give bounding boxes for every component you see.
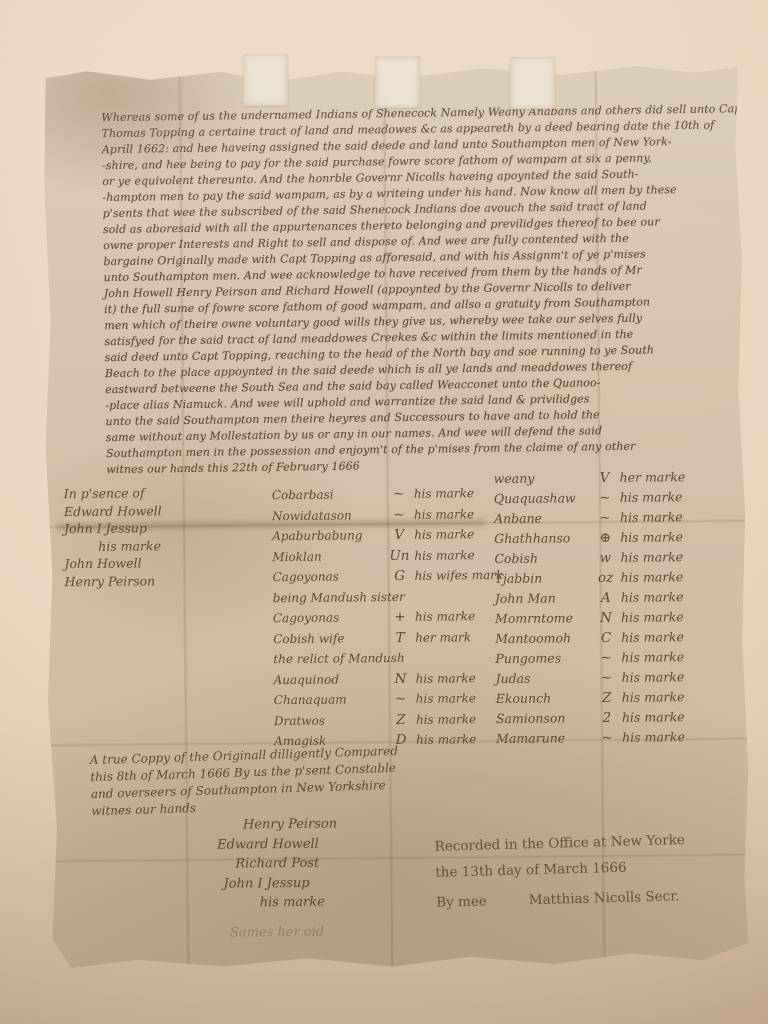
mark-row: Tjabbinozhis marke xyxy=(495,567,687,589)
tape-strip-center xyxy=(375,56,420,108)
signer-name: Tjabbin xyxy=(495,568,591,589)
mark-suffix: his marke xyxy=(620,567,683,588)
signature-mark-icon: N xyxy=(385,668,415,689)
mark-suffix: his marke xyxy=(620,527,683,548)
signer-name: Chanaquam xyxy=(274,689,386,711)
signer-name: Pungomes xyxy=(495,648,591,669)
mark-row: Chanaquam~his marke xyxy=(274,688,505,711)
manuscript-photo: Whereas some of us the undernamed Indian… xyxy=(0,0,768,1024)
mark-row: Cobish wifeTher mark xyxy=(273,626,504,649)
signer-annotation: the relict of Mandush xyxy=(273,648,404,670)
mark-row: ApaburbabungVhis marke xyxy=(272,524,503,547)
signature-mark-icon: Un xyxy=(384,545,414,566)
mark-suffix: his marke xyxy=(416,729,476,750)
mark-row-annotation: being Mandush sister xyxy=(273,585,504,608)
mark-row: Samionson2his marke xyxy=(496,707,688,729)
signer-annotation: being Mandush sister xyxy=(273,586,405,608)
mark-suffix: his marke xyxy=(620,507,683,528)
tape-strip-right xyxy=(510,57,555,109)
signature-mark-icon: ~ xyxy=(384,504,414,525)
signature-mark-icon: Z xyxy=(592,688,622,708)
mark-suffix: his marke xyxy=(414,504,474,525)
mark-row: DratwosZhis marke xyxy=(274,708,505,731)
mark-row: Quaquashaw~his marke xyxy=(494,487,686,509)
mark-suffix: his marke xyxy=(622,727,685,748)
recording-endorsement-block: Recorded in the Office at New Yorke the … xyxy=(434,827,686,916)
mark-suffix: his marke xyxy=(414,483,474,504)
mark-row: Judas~his marke xyxy=(495,667,687,689)
signature-mark-icon: ~ xyxy=(590,508,620,528)
mark-suffix: his marke xyxy=(622,707,685,728)
mark-suffix: his marke xyxy=(621,607,684,628)
signer-name: Mioklan xyxy=(272,546,384,568)
overseer-signature: Richard Post xyxy=(195,854,337,875)
signer-name: Cobarbasi xyxy=(272,484,384,506)
overseer-signature: Edward Howell xyxy=(195,834,337,855)
mark-suffix: his marke xyxy=(414,524,474,545)
witness-block: In p'sence of Edward Howell John I Jessu… xyxy=(64,484,163,590)
mark-row: EkounchZhis marke xyxy=(496,687,688,709)
faint-inscription: Sames her oid xyxy=(196,922,338,943)
mark-suffix: his marke xyxy=(416,709,476,730)
signature-mark-icon: ~ xyxy=(591,648,621,668)
deed-body-text: Whereas some of us the undernamed Indian… xyxy=(101,102,712,478)
mark-row: Mamarune~his marke xyxy=(496,727,688,749)
witness-signature: Edward Howell xyxy=(64,502,162,520)
mark-row: MomrntomeNhis marke xyxy=(495,607,687,629)
recording-by-label: By mee xyxy=(436,888,487,915)
recording-line: the 13th day of March 1666 xyxy=(435,853,686,886)
witness-heading: In p'sence of xyxy=(64,484,162,502)
mark-row: Nowidatason~his marke xyxy=(272,503,503,526)
signer-name: Momrntome xyxy=(495,608,591,629)
mark-suffix: his marke xyxy=(621,627,684,648)
mark-suffix: her marke xyxy=(620,467,686,488)
overseer-signatures-block: Henry Peirson Edward Howell Richard Post… xyxy=(195,815,338,943)
signature-mark-icon: ~ xyxy=(592,728,622,748)
mark-row: Ghathhanso⊕his marke xyxy=(494,527,686,549)
mark-row: CagoyonasGhis wifes mark xyxy=(272,565,503,588)
signer-name: Nowidatason xyxy=(272,505,384,527)
signature-mark-icon: N xyxy=(591,608,621,628)
indian-marks-column-left: Cobarbasi~his marke Nowidatason~his mark… xyxy=(272,483,505,752)
mark-row: weanyVher marke xyxy=(494,467,686,489)
signature-mark-icon: 2 xyxy=(592,708,622,728)
indian-marks-column-right: weanyVher marke Quaquashaw~his marke Anb… xyxy=(494,467,688,749)
signer-name: Dratwos xyxy=(274,710,386,732)
signature-mark-icon: + xyxy=(385,607,415,628)
signer-name: Cobish wife xyxy=(273,628,385,650)
signature-mark-icon: V xyxy=(384,525,414,546)
signature-mark-icon: T xyxy=(385,627,415,648)
signature-mark-icon: ~ xyxy=(386,689,416,710)
mark-suffix: his marke xyxy=(621,647,684,668)
signer-name: Ekounch xyxy=(496,688,592,709)
copy-certification-block: A true Coppy of the Originall dilligentl… xyxy=(90,743,400,820)
signature-mark-icon: G xyxy=(384,566,414,587)
witness-mark-note: his marke xyxy=(64,537,162,555)
secretary-signature: Matthias Nicolls Secr. xyxy=(528,883,679,913)
mark-suffix: his marke xyxy=(415,606,475,627)
signer-name: Cobish xyxy=(494,548,590,569)
mark-suffix: his marke xyxy=(621,587,684,608)
witness-signature: John Howell xyxy=(64,554,162,572)
witness-signature: John I Jessup xyxy=(64,519,162,537)
signature-mark-icon: Z xyxy=(386,709,416,730)
document-paper: Whereas some of us the undernamed Indian… xyxy=(38,59,753,976)
signer-name: Apaburbabung xyxy=(272,525,384,547)
signer-name: Judas xyxy=(495,668,591,689)
signature-mark-icon: C xyxy=(591,628,621,648)
signature-mark-icon: ~ xyxy=(384,484,414,505)
mark-suffix: his marke xyxy=(415,668,475,689)
mark-row: AuaquinodNhis marke xyxy=(273,667,504,690)
overseer-mark-note: his marke xyxy=(196,893,338,914)
signature-mark-icon: ~ xyxy=(591,668,621,688)
mark-row: MioklanUnhis marke xyxy=(272,544,503,567)
overseer-signature: John I Jessup xyxy=(195,873,337,894)
mark-row: MantoomohChis marke xyxy=(495,627,687,649)
signer-name: Samionson xyxy=(496,708,592,729)
signer-name: Auaquinod xyxy=(273,669,385,691)
signer-name: Ghathhanso xyxy=(494,528,590,549)
mark-row: Anbane~his marke xyxy=(494,507,686,529)
signature-mark-icon: w xyxy=(590,548,620,568)
signature-mark-icon: ⊕ xyxy=(590,528,620,548)
signer-name: weany xyxy=(494,468,590,489)
mark-row: Cobishwhis marke xyxy=(494,547,686,569)
mark-row: John ManAhis marke xyxy=(495,587,687,609)
signer-name: Mamarune xyxy=(496,728,592,749)
mark-row: Cagoyonas+his marke xyxy=(273,606,504,629)
signer-name: Mantoomoh xyxy=(495,628,591,649)
signer-name: Quaquashaw xyxy=(494,488,590,509)
mark-row: Pungomes~his marke xyxy=(495,647,687,669)
signature-mark-icon: A xyxy=(591,588,621,608)
mark-suffix: his marke xyxy=(621,667,684,688)
signer-name: Cagoyonas xyxy=(273,607,385,629)
mark-suffix: his marke xyxy=(622,687,685,708)
mark-suffix: his marke xyxy=(620,547,683,568)
mark-suffix: his wifes mark xyxy=(414,565,503,586)
signature-mark-icon: oz xyxy=(590,568,620,588)
mark-suffix: his marke xyxy=(620,487,683,508)
signer-name: Anbane xyxy=(494,508,590,529)
mark-suffix: his marke xyxy=(416,688,476,709)
overseer-signature: Henry Peirson xyxy=(195,815,337,836)
mark-suffix: her mark xyxy=(415,627,471,648)
mark-row: Cobarbasi~his marke xyxy=(272,483,503,506)
signer-name: Cagoyonas xyxy=(272,566,384,588)
signer-name: John Man xyxy=(495,588,591,609)
mark-suffix: his marke xyxy=(414,545,474,566)
signature-mark-icon: ~ xyxy=(590,488,620,508)
tape-strip-left xyxy=(243,54,288,106)
witness-signature: Henry Peirson xyxy=(65,572,163,590)
mark-row-annotation: the relict of Mandush xyxy=(273,647,504,670)
signature-mark-icon: V xyxy=(590,468,620,488)
